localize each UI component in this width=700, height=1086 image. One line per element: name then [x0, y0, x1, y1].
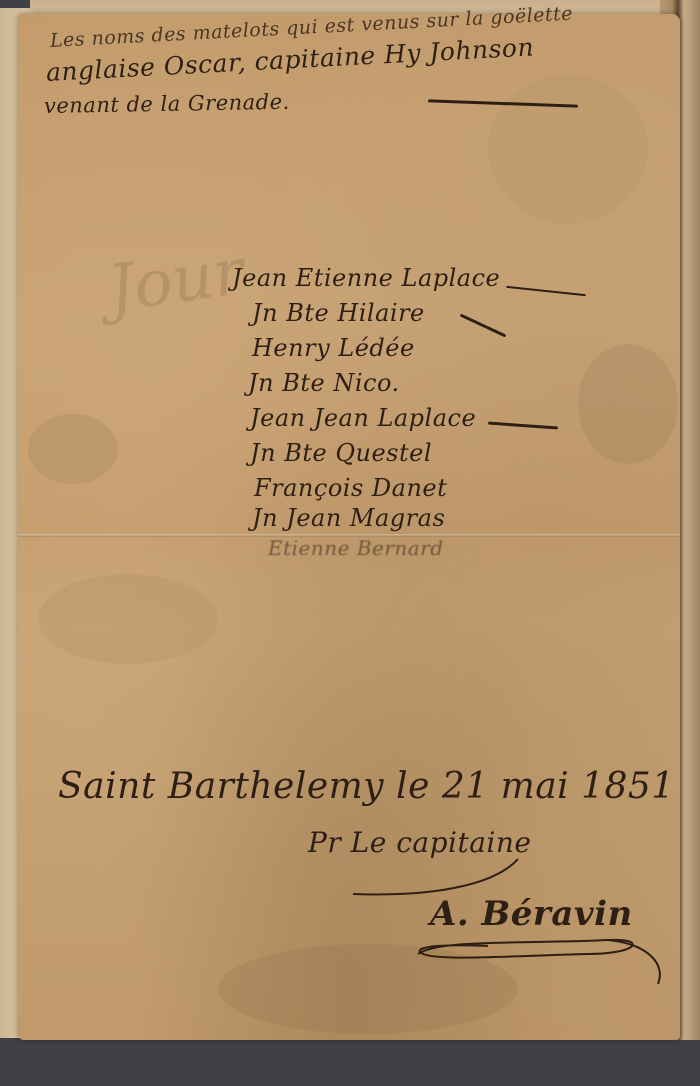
background-corner: [0, 0, 30, 8]
crew-name: Jean Etienne Laplace: [232, 264, 500, 292]
name-flourish: [488, 422, 558, 430]
manuscript-page: Jour Les noms des matelots qui est venus…: [18, 14, 680, 1040]
crew-name: Jean Jean Laplace: [250, 404, 476, 432]
crew-name: Jn Jean Magras: [252, 504, 445, 532]
crew-name: Jn Bte Hilaire: [252, 299, 425, 327]
water-stain: [38, 574, 218, 664]
place-date-line: Saint Barthelemy le 21 mai 1851: [58, 766, 675, 807]
bleed-through-text: Jour: [104, 235, 249, 327]
crew-name: Jn Bte Nico.: [248, 369, 400, 397]
water-stain: [488, 74, 648, 224]
name-flourish: [506, 286, 586, 296]
water-stain: [578, 344, 678, 464]
water-stain: [28, 414, 118, 484]
crew-name: François Danet: [254, 474, 447, 502]
crew-name-faded: Etienne Bernard: [268, 536, 444, 560]
crew-name: Jn Bte Questel: [250, 439, 432, 467]
crew-name: Henry Lédée: [252, 334, 415, 362]
name-flourish: [460, 314, 507, 338]
captain-flourish: [348, 854, 528, 904]
signature-flourish: [408, 914, 668, 994]
header-line-3: venant de la Grenade.: [44, 90, 290, 118]
